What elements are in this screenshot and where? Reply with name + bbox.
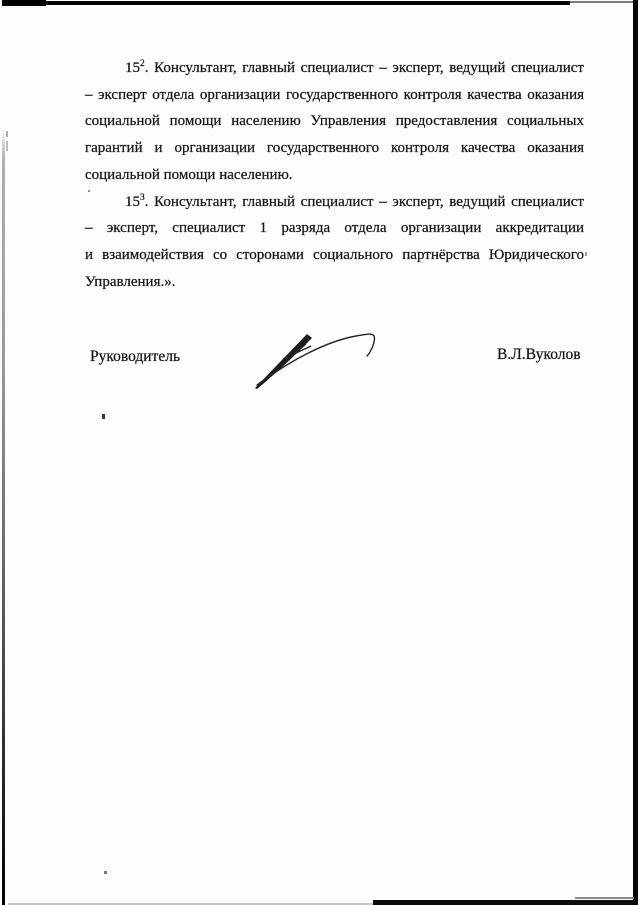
paragraph-line-text: . Консультант, главный специалист – эксп… bbox=[145, 60, 584, 76]
scan-speck bbox=[102, 414, 105, 419]
scan-edge-top bbox=[46, 1, 570, 5]
scan-edge-top-thick bbox=[2, 0, 46, 6]
paragraph-line-text: гарантий и организации государственного … bbox=[85, 140, 584, 156]
scan-edge-left bbox=[2, 128, 5, 905]
paragraph-line-text: – эксперт отдела организации государстве… bbox=[85, 87, 584, 103]
paragraph-line: 153. Консультант, главный специалист – э… bbox=[85, 189, 584, 216]
paragraph-line: социальной помощи населению Управления п… bbox=[85, 108, 584, 135]
document-page: 152. Консультант, главный специалист – э… bbox=[85, 55, 584, 295]
scan-edge-bottom bbox=[373, 900, 634, 905]
paragraph-number: 15 bbox=[125, 194, 140, 210]
signatory-role-label: Руководитель bbox=[90, 348, 180, 366]
scan-edge-bottom-step bbox=[575, 897, 634, 899]
paragraph-line: 152. Консультант, главный специалист – э… bbox=[85, 55, 584, 82]
scan-mark bbox=[6, 131, 8, 137]
paragraph-line: социальной помощи населению. bbox=[85, 162, 584, 189]
handwritten-signature-icon bbox=[245, 323, 385, 395]
paragraph-line: – эксперт, специалист 1 разряда отдела о… bbox=[85, 215, 584, 242]
paragraph-line-text: . Консультант, главный специалист – эксп… bbox=[145, 194, 584, 210]
paragraph-line: и взаимодействия со сторонами социальног… bbox=[85, 242, 584, 269]
paragraph-line-text: и взаимодействия со сторонами социальног… bbox=[85, 247, 584, 263]
paragraph-line: гарантий и организации государственного … bbox=[85, 135, 584, 162]
paragraph-line: Управления.». bbox=[85, 269, 584, 296]
paragraph-line-text: Управления.». bbox=[85, 274, 175, 290]
scan-edge-top-fade bbox=[570, 1, 634, 3]
scan-speck bbox=[104, 871, 107, 874]
scan-mark bbox=[6, 141, 8, 151]
paragraph-line-text: – эксперт, специалист 1 разряда отдела о… bbox=[85, 220, 584, 236]
paragraph-number: 15 bbox=[125, 60, 140, 76]
scan-speck bbox=[585, 252, 587, 256]
scan-edge-right bbox=[633, 0, 638, 905]
paragraph-line: – эксперт отдела организации государстве… bbox=[85, 82, 584, 109]
paragraph-line-text: социальной помощи населению Управления п… bbox=[85, 113, 584, 129]
signatory-name: В.Л.Вуколов bbox=[497, 346, 581, 364]
paragraph-line-text: социальной помощи населению. bbox=[85, 167, 293, 183]
